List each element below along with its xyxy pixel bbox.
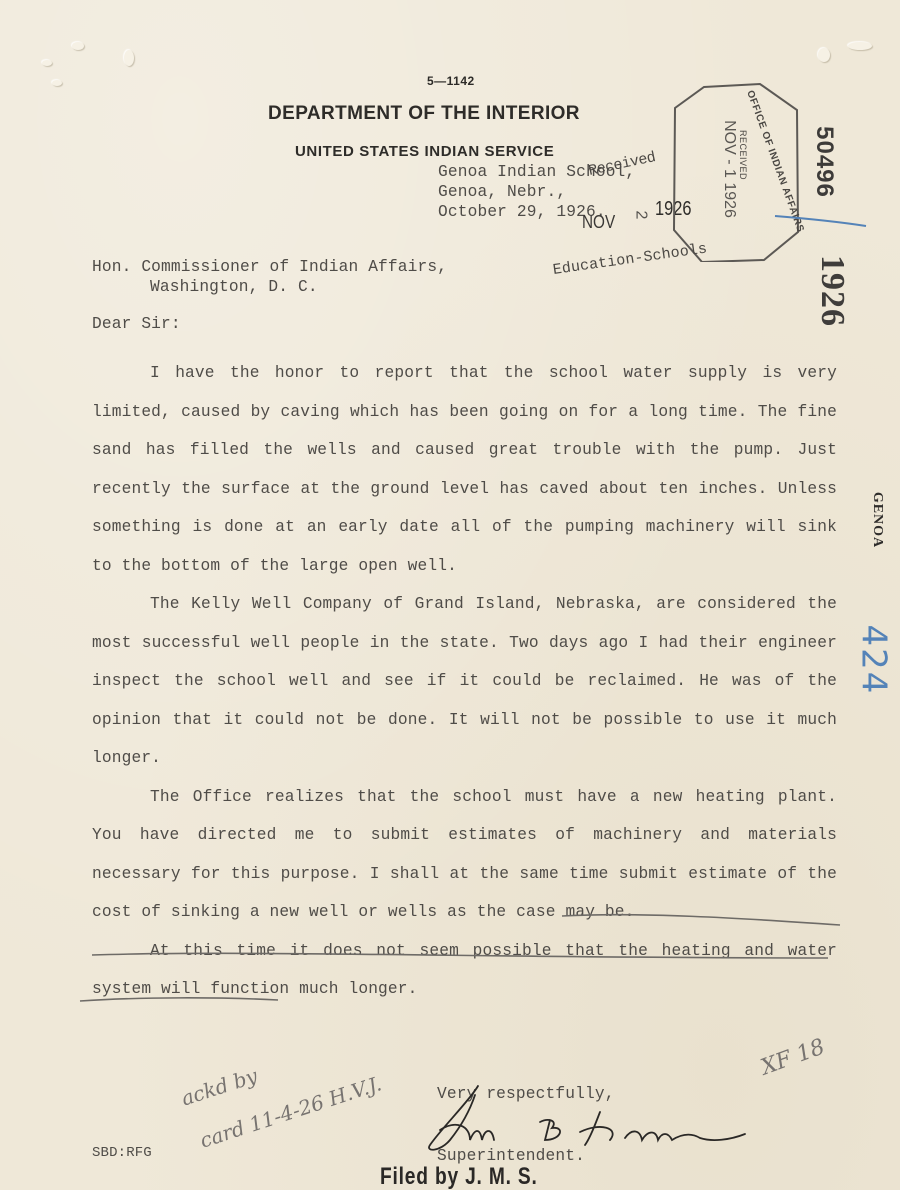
sender-line: Genoa, Nebr., xyxy=(438,182,635,202)
received-stamp-month: NOV xyxy=(582,212,615,233)
classification-stamp: Education-Schools xyxy=(552,240,708,278)
body-paragraph: I have the honor to report that the scho… xyxy=(92,354,837,585)
form-number: 5—1142 xyxy=(427,74,475,88)
service-heading: UNITED STATES INDIAN SERVICE xyxy=(295,143,554,160)
office-stamp-date: NOV - 1 1926 xyxy=(720,120,738,218)
emboss-mark xyxy=(818,48,830,62)
reference-initials: SBD:RFG xyxy=(92,1145,152,1161)
body-paragraph: The Office realizes that the school must… xyxy=(92,778,837,932)
body-paragraph: At this time it does not seem possible t… xyxy=(92,932,837,1009)
body-paragraph: The Kelly Well Company of Grand Island, … xyxy=(92,585,837,778)
emboss-mark xyxy=(72,42,84,50)
office-stamp-label: RECEIVED xyxy=(738,130,748,180)
pencil-initials: XF 18 xyxy=(758,1034,828,1080)
pencil-acknowledgement: ackd by xyxy=(178,1063,260,1110)
emboss-mark xyxy=(124,50,134,66)
complimentary-close: Very respectfully, xyxy=(437,1085,615,1103)
location-stamp: GENOA xyxy=(869,492,885,548)
recipient-line: Hon. Commissioner of Indian Affairs, xyxy=(92,257,447,277)
salutation: Dear Sir: xyxy=(92,315,181,333)
recipient-line: Washington, D. C. xyxy=(92,277,447,297)
emboss-mark xyxy=(848,42,872,50)
blue-pencil-number: 424 xyxy=(853,625,893,696)
emboss-mark xyxy=(52,80,62,86)
file-number-stamp: 50496 xyxy=(810,126,838,198)
file-year-stamp: 1926 xyxy=(813,255,851,327)
recipient-address: Hon. Commissioner of Indian Affairs, Was… xyxy=(92,257,447,297)
letter-body: I have the honor to report that the scho… xyxy=(92,354,837,1009)
filed-by-stamp: Filed by J. M. S. xyxy=(380,1163,538,1190)
emboss-mark xyxy=(42,60,52,66)
received-stamp-day: 2 xyxy=(631,211,649,220)
department-heading: DEPARTMENT OF THE INTERIOR xyxy=(268,103,580,125)
